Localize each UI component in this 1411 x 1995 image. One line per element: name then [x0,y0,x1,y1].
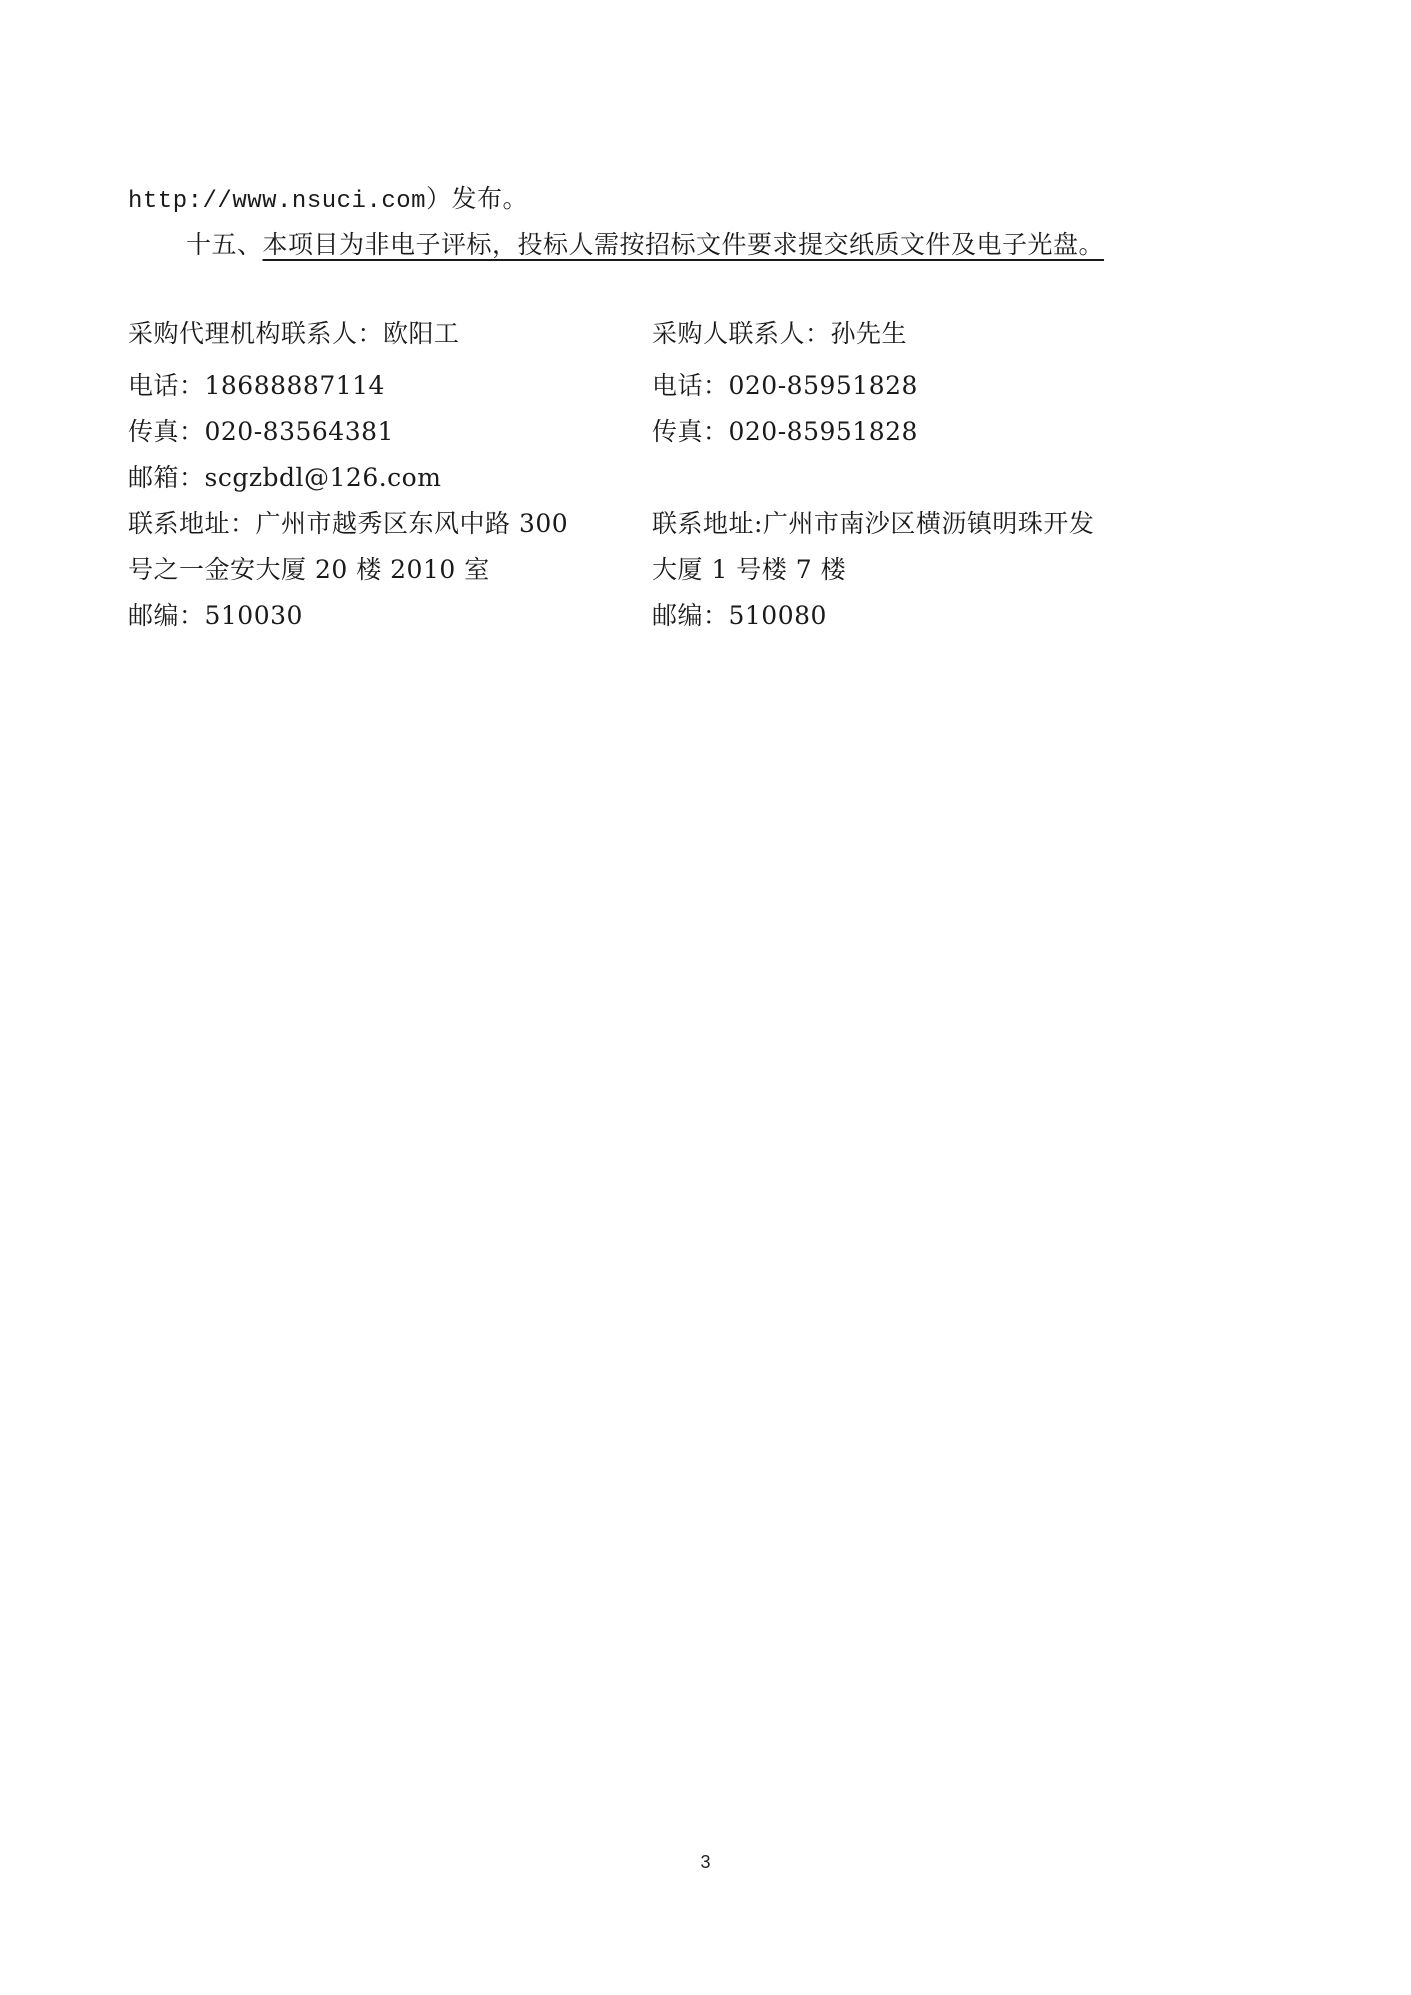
agency-fax: 传真：020-83564381 [128,416,394,448]
clause-15-number: 十五、 [186,230,263,259]
page-number: 3 [0,1852,1411,1873]
website-url: http://www.nsuci.com [128,188,426,215]
clause-15: 十五、本项目为非电子评标，投标人需按招标文件要求提交纸质文件及电子光盘。 [186,229,1104,261]
document-page: http://www.nsuci.com）发布。 十五、本项目为非电子评标，投标… [0,0,1411,1995]
agency-address-line2: 号之一金安大厦 20 楼 2010 室 [128,554,490,586]
purchaser-contact-person: 采购人联系人：孙先生 [652,318,907,350]
purchaser-phone: 电话：020-85951828 [652,370,918,402]
agency-phone: 电话：18688887114 [128,370,385,402]
purchaser-address-line1: 联系地址:广州市南沙区横沥镇明珠开发 [652,508,1094,540]
purchaser-postcode: 邮编：510080 [652,600,827,632]
clause-15-text: 本项目为非电子评标，投标人需按招标文件要求提交纸质文件及电子光盘。 [263,230,1105,259]
purchaser-address-line2: 大厦 1 号楼 7 楼 [652,554,846,586]
agency-email: 邮箱：scgzbdl@126.com [128,462,441,494]
agency-address-line1: 联系地址：广州市越秀区东风中路 300 [128,508,568,540]
agency-contact-person: 采购代理机构联系人：欧阳工 [128,318,460,350]
intro-line: http://www.nsuci.com）发布。 [128,183,528,218]
purchaser-fax: 传真：020-85951828 [652,416,918,448]
agency-postcode: 邮编：510030 [128,600,303,632]
intro-suffix: ）发布。 [426,184,528,213]
